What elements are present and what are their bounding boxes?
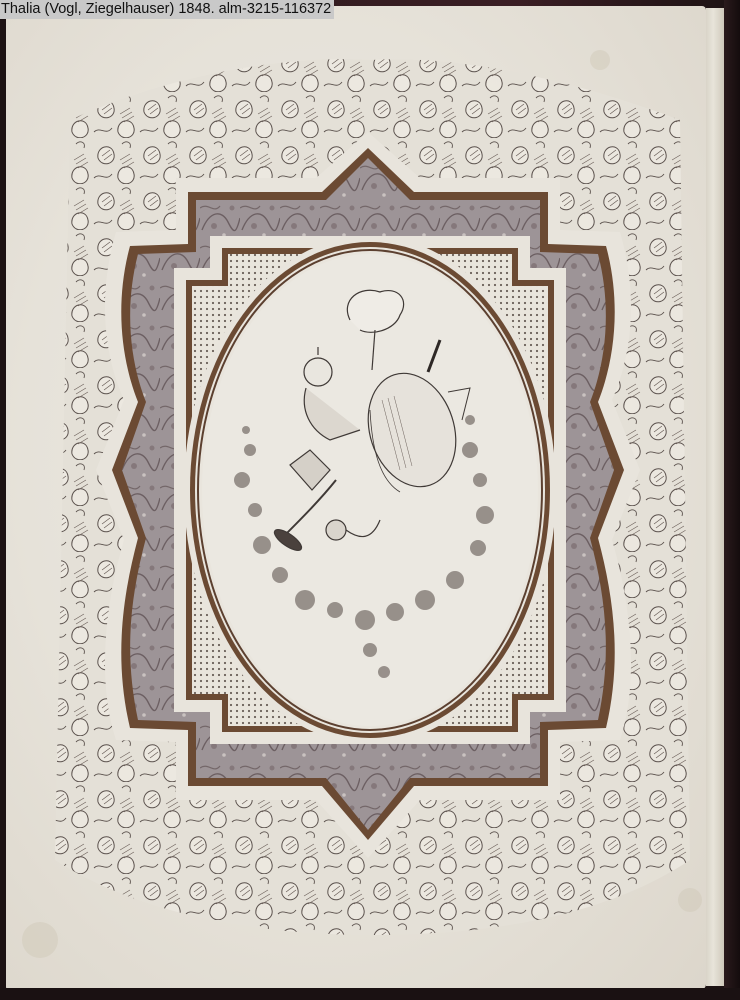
scanned-book-cover — [0, 0, 740, 1000]
image-title-label: Thalia (Vogl, Ziegelhauser) 1848. alm-32… — [0, 0, 334, 19]
ornamental-frame-artwork — [0, 0, 740, 1000]
